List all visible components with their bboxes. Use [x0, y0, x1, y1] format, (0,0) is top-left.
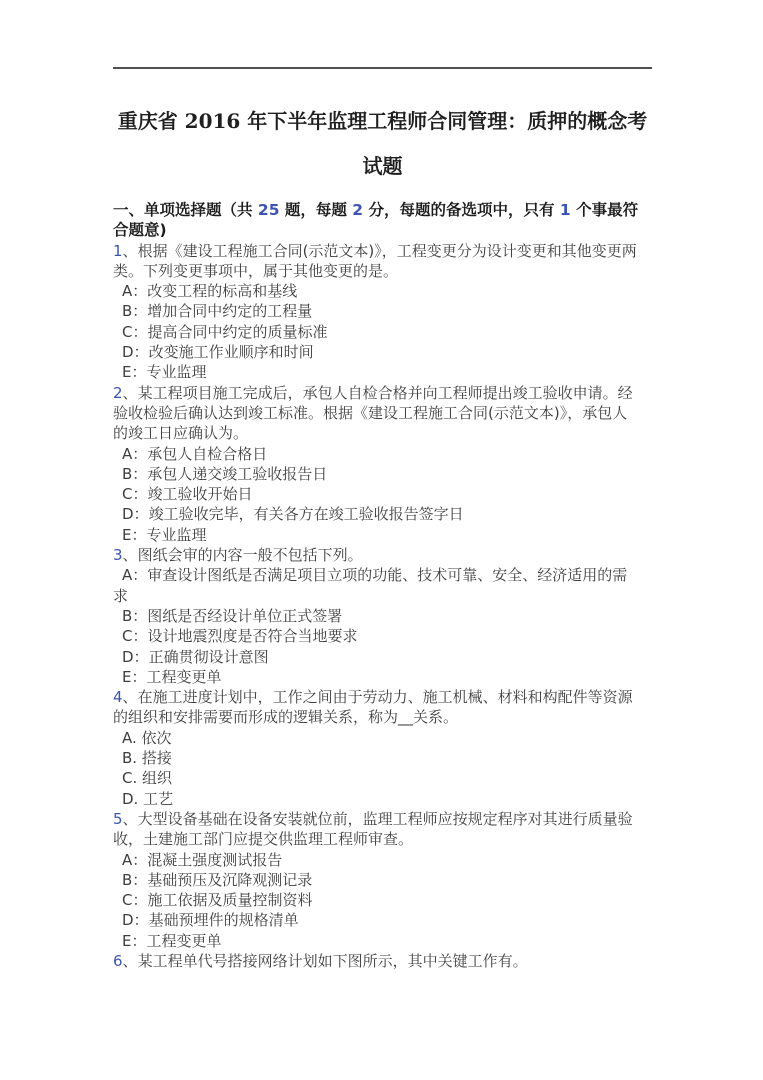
- question-line: 的组织和安排需要而形成的逻辑关系，称为__关系。: [113, 707, 652, 727]
- question-line: 图纸会审的内容一般不包括下列。: [138, 546, 363, 564]
- option-text: 图纸是否经设计单位正式签署: [147, 607, 342, 625]
- option-text: 承包人自检合格日: [147, 445, 267, 463]
- question-number: 3: [113, 546, 123, 564]
- question-text: 5、大型设备基础在设备安装就位前，监理工程师应按规定程序对其进行质量验: [113, 809, 652, 829]
- option-text: 基础预压及沉降观测记录: [147, 871, 312, 889]
- top-rule: [113, 67, 652, 69]
- option-overflow-line: 求: [113, 586, 652, 606]
- question-line: 类。下列变更事项中，属于其他变更的是。: [113, 261, 652, 281]
- option-label: D：: [122, 343, 149, 361]
- question-line: 在施工进度计划中，工作之间由于劳动力、施工机械、材料和构配件等资源: [138, 688, 633, 706]
- question-separator: 、: [123, 810, 138, 828]
- option-label: A：: [122, 445, 147, 463]
- page-title-line: 试题: [113, 144, 652, 189]
- section-heading-line: 一、单项选择题（共 25 题，每题 2 分，每题的备选项中，只有 1 个事最符: [113, 200, 652, 220]
- option-text: 增加合同中约定的工程量: [147, 302, 312, 320]
- option-text: 混凝土强度测试报告: [147, 851, 282, 869]
- option-text: 施工依据及质量控制资料: [147, 891, 312, 909]
- question-separator: 、: [123, 688, 138, 706]
- question-text: 1、根据《建设工程施工合同(示范文本)》，工程变更分为设计变更和其他变更两: [113, 241, 652, 261]
- page-title-line: 重庆省 2016 年下半年监理工程师合同管理：质押的概念考: [113, 99, 652, 144]
- option-row: A：改变工程的标高和基线: [113, 281, 652, 301]
- option-label: E：: [122, 932, 146, 950]
- question-3: 3、图纸会审的内容一般不包括下列。 A：审查设计图纸是否满足项目立项的功能、技术…: [113, 545, 652, 687]
- question-text: 4、在施工进度计划中，工作之间由于劳动力、施工机械、材料和构配件等资源: [113, 687, 652, 707]
- option-label: A：: [122, 851, 147, 869]
- heading-text: 个事最符: [571, 201, 638, 219]
- option-row: C. 组织: [113, 768, 652, 788]
- section-heading-line: 合题意): [113, 220, 652, 240]
- question-separator: 、: [123, 546, 138, 564]
- option-label: C：: [122, 323, 147, 341]
- option-label: B：: [122, 871, 147, 889]
- question-line: 某工程单代号搭接网络计划如下图所示，其中关键工作有。: [138, 952, 528, 970]
- option-row: D：改变施工作业顺序和时间: [113, 342, 652, 362]
- option-label: E：: [122, 526, 146, 544]
- question-line: 验收检验后确认达到竣工标准。根据《建设工程施工合同(示范文本)》，承包人: [113, 403, 652, 423]
- option-label: D：: [122, 911, 149, 929]
- document-content: 重庆省 2016 年下半年监理工程师合同管理：质押的概念考 试题 一、单项选择题…: [113, 67, 652, 971]
- option-label: D.: [122, 790, 143, 808]
- option-row: B：图纸是否经设计单位正式签署: [113, 606, 652, 626]
- option-text: 改变工程的标高和基线: [147, 282, 297, 300]
- heading-text: 分，每题的备选项中，只有: [363, 201, 560, 219]
- question-line: 收，土建施工部门应提交供监理工程师审查。: [113, 829, 652, 849]
- question-1: 1、根据《建设工程施工合同(示范文本)》，工程变更分为设计变更和其他变更两 类。…: [113, 241, 652, 383]
- option-row: B：增加合同中约定的工程量: [113, 301, 652, 321]
- option-label: A：: [122, 282, 147, 300]
- option-text: 组织: [142, 769, 172, 787]
- option-text: 工程变更单: [146, 668, 221, 686]
- question-text: 6、某工程单代号搭接网络计划如下图所示，其中关键工作有。: [113, 951, 652, 971]
- option-text: 设计地震烈度是否符合当地要求: [147, 627, 357, 645]
- question-number: 6: [113, 952, 123, 970]
- heading-number: 2: [352, 201, 363, 219]
- option-text: 工程变更单: [146, 932, 221, 950]
- option-row: B：承包人递交竣工验收报告日: [113, 464, 652, 484]
- question-text: 2、某工程项目施工完成后，承包人自检合格并向工程师提出竣工验收申请。经: [113, 383, 652, 403]
- heading-number: 25: [258, 201, 280, 219]
- option-text: 依次: [142, 729, 172, 747]
- option-label: E：: [122, 668, 146, 686]
- section-heading: 一、单项选择题（共 25 题，每题 2 分，每题的备选项中，只有 1 个事最符 …: [113, 200, 652, 241]
- question-separator: 、: [123, 952, 138, 970]
- question-line: 某工程项目施工完成后，承包人自检合格并向工程师提出竣工验收申请。经: [138, 384, 633, 402]
- option-text: 正确贯彻设计意图: [149, 648, 269, 666]
- option-row: E：工程变更单: [113, 931, 652, 951]
- question-number: 2: [113, 384, 123, 402]
- option-row: A：审查设计图纸是否满足项目立项的功能、技术可靠、安全、经济适用的需: [113, 565, 652, 585]
- option-row: C：竣工验收开始日: [113, 484, 652, 504]
- option-row: A：混凝土强度测试报告: [113, 850, 652, 870]
- heading-number: 1: [560, 201, 571, 219]
- question-2: 2、某工程项目施工完成后，承包人自检合格并向工程师提出竣工验收申请。经 验收检验…: [113, 383, 652, 545]
- question-4: 4、在施工进度计划中，工作之间由于劳动力、施工机械、材料和构配件等资源 的组织和…: [113, 687, 652, 809]
- question-line: 根据《建设工程施工合同(示范文本)》，工程变更分为设计变更和其他变更两: [138, 242, 637, 260]
- heading-text: 一、单项选择题（共: [113, 201, 258, 219]
- option-label: C：: [122, 891, 147, 909]
- option-label: C.: [122, 769, 142, 787]
- option-text: 竣工验收完毕，有关各方在竣工验收报告签字日: [149, 505, 464, 523]
- option-label: B：: [122, 465, 147, 483]
- page-title: 重庆省 2016 年下半年监理工程师合同管理：质押的概念考 试题: [113, 99, 652, 189]
- question-number: 5: [113, 810, 123, 828]
- option-text: 工艺: [143, 790, 173, 808]
- option-row: E：专业监理: [113, 362, 652, 382]
- option-label: D：: [122, 505, 149, 523]
- question-number: 1: [113, 242, 123, 260]
- option-text: 竣工验收开始日: [147, 485, 252, 503]
- option-row: C：提高合同中约定的质量标准: [113, 322, 652, 342]
- option-text: 提高合同中约定的质量标准: [147, 323, 327, 341]
- option-text: 承包人递交竣工验收报告日: [147, 465, 327, 483]
- question-number: 4: [113, 688, 123, 706]
- option-row: D：基础预埋件的规格清单: [113, 910, 652, 930]
- question-text: 3、图纸会审的内容一般不包括下列。: [113, 545, 652, 565]
- question-line: 大型设备基础在设备安装就位前，监理工程师应按规定程序对其进行质量验: [138, 810, 633, 828]
- option-row: D. 工艺: [113, 789, 652, 809]
- option-row: D：竣工验收完毕，有关各方在竣工验收报告签字日: [113, 504, 652, 524]
- option-label: A.: [122, 729, 142, 747]
- option-row: C：施工依据及质量控制资料: [113, 890, 652, 910]
- document-page: 重庆省 2016 年下半年监理工程师合同管理：质押的概念考 试题 一、单项选择题…: [0, 0, 763, 1080]
- option-text: 审查设计图纸是否满足项目立项的功能、技术可靠、安全、经济适用的需: [147, 566, 627, 584]
- option-label: B.: [122, 749, 142, 767]
- option-row: E：工程变更单: [113, 667, 652, 687]
- question-separator: 、: [123, 242, 138, 260]
- option-text: 专业监理: [146, 363, 206, 381]
- option-label: C：: [122, 627, 147, 645]
- option-label: A：: [122, 566, 147, 584]
- option-row: C：设计地震烈度是否符合当地要求: [113, 626, 652, 646]
- option-row: E：专业监理: [113, 525, 652, 545]
- question-line: 的竣工日应确认为。: [113, 423, 652, 443]
- heading-text: 题，每题: [279, 201, 352, 219]
- option-text: 专业监理: [146, 526, 206, 544]
- option-row: B：基础预压及沉降观测记录: [113, 870, 652, 890]
- option-row: D：正确贯彻设计意图: [113, 647, 652, 667]
- question-separator: 、: [123, 384, 138, 402]
- option-label: B：: [122, 607, 147, 625]
- option-label: E：: [122, 363, 146, 381]
- option-label: D：: [122, 648, 149, 666]
- option-row: A：承包人自检合格日: [113, 444, 652, 464]
- option-text: 基础预埋件的规格清单: [149, 911, 299, 929]
- question-6: 6、某工程单代号搭接网络计划如下图所示，其中关键工作有。: [113, 951, 652, 971]
- option-label: B：: [122, 302, 147, 320]
- question-5: 5、大型设备基础在设备安装就位前，监理工程师应按规定程序对其进行质量验 收，土建…: [113, 809, 652, 951]
- option-text: 搭接: [142, 749, 172, 767]
- option-label: C：: [122, 485, 147, 503]
- option-row: B. 搭接: [113, 748, 652, 768]
- option-row: A. 依次: [113, 728, 652, 748]
- option-text: 改变施工作业顺序和时间: [149, 343, 314, 361]
